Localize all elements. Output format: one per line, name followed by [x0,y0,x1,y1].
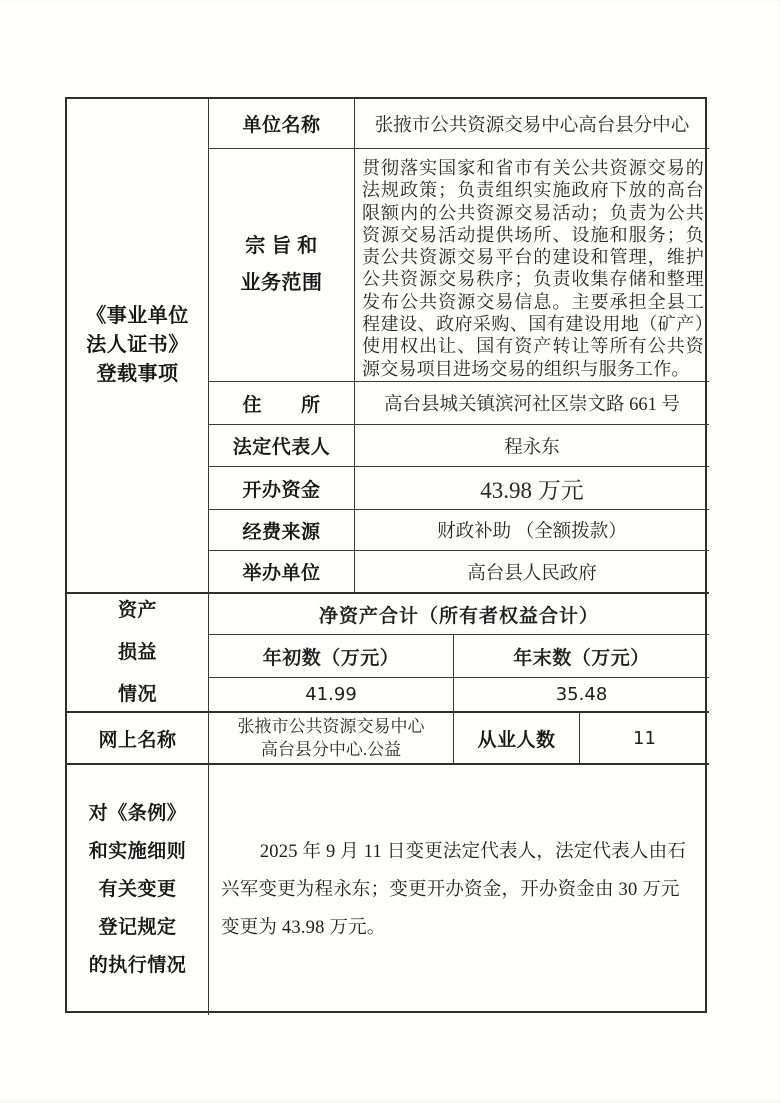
organizer-value: 高台县人民政府 [355,551,709,594]
funding-source-value: 财政补助 （全额拨款） [355,510,709,551]
unit-name-value: 张掖市公共资源交易中心高台县分中心 [355,99,709,149]
opening-capital-label: 开办资金 [209,467,355,510]
online-name-value: 张掖市公共资源交易中心 高台县分中心.公益 [209,713,454,765]
funding-source-label: 经费来源 [209,510,355,551]
registration-table: 《事业单位 法人证书》 登载事项 单位名称 张掖市公共资源交易中心高台县分中心 … [65,97,707,1013]
regulation-body-cell: 2025 年 9 月 11 日变更法定代表人，法定代表人由石兴军变更为程永东；变… [209,765,709,1015]
year-end-header: 年末数（万元） [454,635,709,678]
year-end-value: 35.48 [454,678,709,713]
document-page: 《事业单位 法人证书》 登载事项 单位名称 张掖市公共资源交易中心高台县分中心 … [0,0,780,1103]
year-start-value: 41.99 [209,678,454,713]
assets-side-label: 资产 损益 情况 [67,594,209,713]
organizer-label: 举办单位 [209,551,355,594]
net-assets-header: 净资产合计（所有者权益合计） [209,594,709,635]
unit-name-label: 单位名称 [209,99,355,149]
staff-count-label: 从业人数 [454,713,580,765]
opening-capital-value: 43.98 万元 [355,467,709,510]
regulation-body-text: 2025 年 9 月 11 日变更法定代表人，法定代表人由石兴军变更为程永东；变… [221,833,695,947]
online-name-label: 网上名称 [67,713,209,765]
address-label: 住 所 [209,382,355,425]
address-value: 高台县城关镇滨河社区崇文路 661 号 [355,382,709,425]
purpose-scope-value: 贯彻落实国家和省市有关公共资源交易的法规政策；负责组织实施政府下放的高台限额内的… [355,149,709,382]
year-start-header: 年初数（万元） [209,635,454,678]
regulation-side-label: 对《条例》 和实施细则 有关变更 登记规定 的执行情况 [67,765,209,1015]
legal-representative-label: 法定代表人 [209,425,355,467]
purpose-scope-label: 宗 旨 和 业务范围 [209,149,355,382]
staff-count-value: 11 [580,713,709,765]
legal-representative-value: 程永东 [355,425,709,467]
certificate-side-label: 《事业单位 法人证书》 登载事项 [67,99,209,594]
